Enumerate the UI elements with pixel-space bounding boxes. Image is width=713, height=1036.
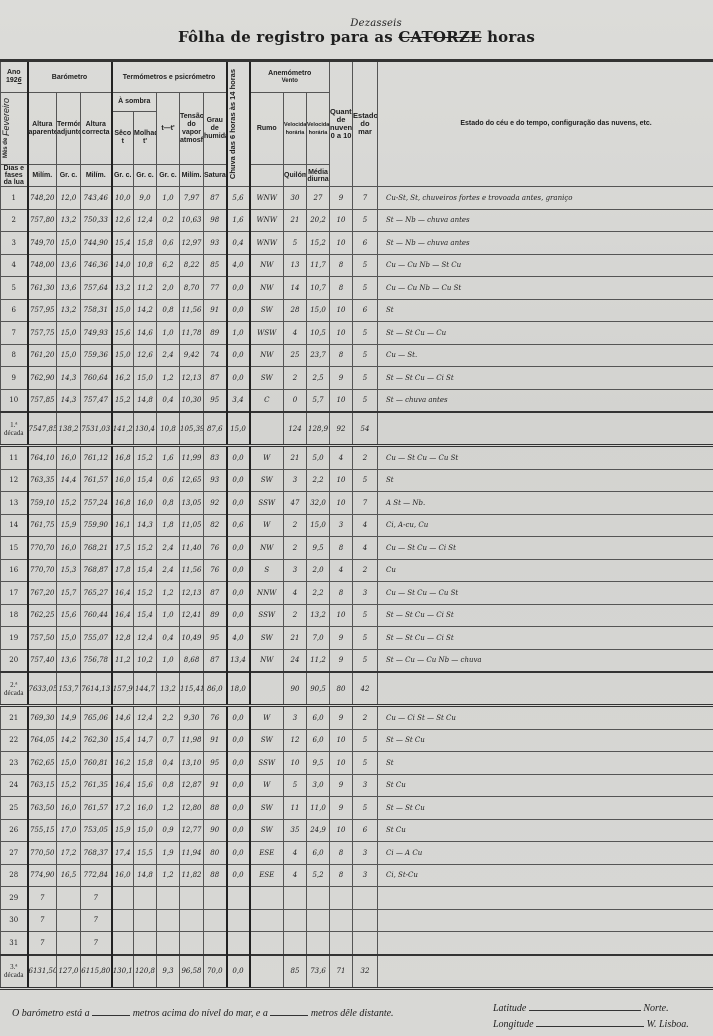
cell-nuvens: 9 xyxy=(330,627,353,650)
cell-grau: 88 xyxy=(204,864,227,887)
cell-alt-ap: 764,05 xyxy=(28,729,57,752)
remarks-cell: Cu — St Cu — Ci St xyxy=(378,537,713,560)
cell-mar xyxy=(353,932,378,955)
vel-header: Velocidade horária xyxy=(284,93,307,165)
cell-mar: 5 xyxy=(353,797,378,820)
cell-media: 5,0 xyxy=(307,446,330,470)
cell-alt-corr: 7614,13 xyxy=(81,672,112,706)
cell-alt-corr: 6115,80 xyxy=(81,955,112,989)
remarks-cell: St — St Cu — Ci St xyxy=(378,367,713,390)
cell-media: 13,2 xyxy=(307,604,330,627)
struck-word: CATORZE xyxy=(398,28,481,46)
cell-nuvens xyxy=(330,932,353,955)
cell-mar: 6 xyxy=(353,819,378,842)
molhado-header: Molhado t' xyxy=(134,112,157,165)
cell-term: 138,2 xyxy=(57,412,81,446)
longitude-blank xyxy=(536,1026,644,1027)
unit: Gr. c. xyxy=(57,165,81,187)
table-row: 19757,5015,0755,0712,812,40,410,49954,0S… xyxy=(1,627,713,650)
cell-chuva: 0,0 xyxy=(227,582,250,605)
cell-molh: 14,3 xyxy=(134,514,157,537)
cell-nuvens: 71 xyxy=(330,955,353,989)
cell-alt-ap: 770,70 xyxy=(28,537,57,560)
media-header: Velocidade horária xyxy=(307,93,330,165)
cell-rumo xyxy=(250,412,284,446)
cell-term: 16,5 xyxy=(57,864,81,887)
cell-molh: 15,6 xyxy=(134,774,157,797)
cell-alt-corr: 759,90 xyxy=(81,514,112,537)
table-row: 10757,8514,3757,4715,214,80,410,30953,4C… xyxy=(1,389,713,412)
barometer-note: O barómetro está a metros acima do nível… xyxy=(12,1008,394,1019)
cell-seco: 15,6 xyxy=(112,322,134,345)
cell-alt-ap: 769,30 xyxy=(28,706,57,730)
cell-nuvens: 9 xyxy=(330,367,353,390)
cell-media: 20,2 xyxy=(307,209,330,232)
cell-molh: 15,4 xyxy=(134,469,157,492)
cell-mar: 5 xyxy=(353,469,378,492)
cell-grau: 82 xyxy=(204,514,227,537)
cell-alt-corr: 757,24 xyxy=(81,492,112,515)
remarks-cell: St — St Cu xyxy=(378,729,713,752)
cell-molh: 15,0 xyxy=(134,367,157,390)
cell-chuva xyxy=(227,932,250,955)
cell-seco: 16,0 xyxy=(112,864,134,887)
cell-alt-corr: 743,46 xyxy=(81,187,112,210)
cell-grau: 87 xyxy=(204,187,227,210)
cell-media: 11,2 xyxy=(307,649,330,672)
cell-media: 15,0 xyxy=(307,514,330,537)
table-row: 21769,3014,9765,0614,612,42,29,30760,0W3… xyxy=(1,706,713,730)
cell-grau: 86,0 xyxy=(204,672,227,706)
cell-alt-corr: 761,35 xyxy=(81,774,112,797)
cell-molh: 15,4 xyxy=(134,604,157,627)
cell-seco: 16,4 xyxy=(112,774,134,797)
cell-vel: 2 xyxy=(284,537,307,560)
cell-tensao: 11,05 xyxy=(180,514,204,537)
cell-molh: 120,8 xyxy=(134,955,157,989)
cell-tensao: 12,80 xyxy=(180,797,204,820)
cell-mar: 4 xyxy=(353,514,378,537)
cell-seco: 13,2 xyxy=(112,277,134,300)
cell-vel: 47 xyxy=(284,492,307,515)
cell-grau: 87 xyxy=(204,649,227,672)
cell-seco: 14,0 xyxy=(112,254,134,277)
cell-nuvens: 9 xyxy=(330,797,353,820)
cell-alt-corr: 755,07 xyxy=(81,627,112,650)
cell-vel: 4 xyxy=(284,842,307,865)
day-number: 7 xyxy=(1,322,28,345)
table-row: 3077 xyxy=(1,909,713,932)
cell-seco: 15,9 xyxy=(112,819,134,842)
cell-vel: 2 xyxy=(284,514,307,537)
cell-rumo: SW xyxy=(250,299,284,322)
cell-chuva: 3,4 xyxy=(227,389,250,412)
cell-seco: 16,1 xyxy=(112,514,134,537)
cell-rumo: WNW xyxy=(250,232,284,255)
cell-media: 7,0 xyxy=(307,627,330,650)
table-row: 23762,6515,0760,8116,215,80,413,10950,0S… xyxy=(1,752,713,775)
cell-term: 15,9 xyxy=(57,514,81,537)
cell-molh: 15,2 xyxy=(134,446,157,470)
cell-vel: 4 xyxy=(284,322,307,345)
cell-alt-ap: 6131,50 xyxy=(28,955,57,989)
cell-seco: 16,4 xyxy=(112,604,134,627)
cell-alt-ap: 770,50 xyxy=(28,842,57,865)
remarks-cell: St Cu xyxy=(378,819,713,842)
cell-seco: 15,0 xyxy=(112,344,134,367)
cell-term: 17,2 xyxy=(57,842,81,865)
month-header: Mês de Fevereiro xyxy=(1,93,28,165)
remarks-cell: St — Nb — chuva antes xyxy=(378,232,713,255)
day-number: 1 xyxy=(1,187,28,210)
cell-vel: 14 xyxy=(284,277,307,300)
cell-nuvens: 10 xyxy=(330,232,353,255)
cell-nuvens: 80 xyxy=(330,672,353,706)
cell-media: 11,0 xyxy=(307,797,330,820)
cell-alt-ap: 7633,05 xyxy=(28,672,57,706)
cell-alt-corr: 772,84 xyxy=(81,864,112,887)
unit: Milím. xyxy=(180,165,204,187)
register-sheet: Fôlha de registro para as Dezasseis CATO… xyxy=(0,0,713,1036)
cell-media xyxy=(307,932,330,955)
cell-term: 14,9 xyxy=(57,706,81,730)
cell-mar: 6 xyxy=(353,299,378,322)
cell-vel xyxy=(284,909,307,932)
cell-seco: 15,4 xyxy=(112,729,134,752)
cell-media: 73,6 xyxy=(307,955,330,989)
cell-media: 2,0 xyxy=(307,559,330,582)
cell-vel: 10 xyxy=(284,752,307,775)
cell-diff: 1,0 xyxy=(157,322,180,345)
cell-tensao: 12,41 xyxy=(180,604,204,627)
remarks-cell: Ci — A Cu xyxy=(378,842,713,865)
cell-nuvens: 3 xyxy=(330,514,353,537)
cell-alt-corr: 760,44 xyxy=(81,604,112,627)
day-number: 15 xyxy=(1,537,28,560)
cell-alt-ap: 7 xyxy=(28,909,57,932)
cell-chuva: 0,0 xyxy=(227,344,250,367)
cell-vel: 5 xyxy=(284,232,307,255)
cell-media: 24,9 xyxy=(307,819,330,842)
cell-term: 13,2 xyxy=(57,209,81,232)
remarks-cell: Cu — St. xyxy=(378,344,713,367)
cell-molh: 15,8 xyxy=(134,752,157,775)
cell-term: 15,2 xyxy=(57,492,81,515)
cell-nuvens: 8 xyxy=(330,254,353,277)
cell-mar: 3 xyxy=(353,842,378,865)
cell-rumo: SW xyxy=(250,367,284,390)
cell-grau: 87 xyxy=(204,582,227,605)
cell-alt-corr: 768,21 xyxy=(81,537,112,560)
cell-term: 15,6 xyxy=(57,604,81,627)
cell-grau: 76 xyxy=(204,559,227,582)
cell-term: 14,4 xyxy=(57,469,81,492)
cell-mar: 5 xyxy=(353,649,378,672)
table-row: 28774,9016,5772,8416,014,81,211,82880,0E… xyxy=(1,864,713,887)
cell-term: 16,0 xyxy=(57,446,81,470)
cell-media xyxy=(307,909,330,932)
cell-media: 90,5 xyxy=(307,672,330,706)
cell-diff: 10,8 xyxy=(157,412,180,446)
cell-diff: 0,9 xyxy=(157,819,180,842)
cell-diff: 6,2 xyxy=(157,254,180,277)
cell-diff: 0,6 xyxy=(157,232,180,255)
cell-rumo: W xyxy=(250,774,284,797)
cell-molh: 12,4 xyxy=(134,706,157,730)
cell-rumo: WSW xyxy=(250,322,284,345)
cell-diff: 0,6 xyxy=(157,469,180,492)
table-row: 17767,2015,7765,2716,415,21,212,13870,0N… xyxy=(1,582,713,605)
cell-grau: 76 xyxy=(204,537,227,560)
cell-rumo: NW xyxy=(250,277,284,300)
cell-vel: 24 xyxy=(284,649,307,672)
cell-alt-corr: 756,78 xyxy=(81,649,112,672)
cell-vel: 35 xyxy=(284,819,307,842)
cell-mar: 5 xyxy=(353,389,378,412)
day-number: 12 xyxy=(1,469,28,492)
cell-tensao: 11,78 xyxy=(180,322,204,345)
cell-vel: 124 xyxy=(284,412,307,446)
cell-molh: 15,8 xyxy=(134,232,157,255)
cell-media: 2,2 xyxy=(307,582,330,605)
cell-alt-ap: 748,20 xyxy=(28,187,57,210)
cell-alt-corr: 760,81 xyxy=(81,752,112,775)
cell-rumo: SSW xyxy=(250,492,284,515)
register-body: 1748,2012,0743,4610,09,01,07,97875,6WNW3… xyxy=(1,187,713,989)
cell-mar: 2 xyxy=(353,706,378,730)
cell-chuva: 4,0 xyxy=(227,254,250,277)
table-row: 5761,3013,6757,6413,211,22,08,70770,0NW1… xyxy=(1,277,713,300)
cell-mar: 4 xyxy=(353,537,378,560)
cell-term: 14,3 xyxy=(57,367,81,390)
cell-diff: 0,4 xyxy=(157,752,180,775)
cell-vel: 4 xyxy=(284,582,307,605)
cell-alt-ap: 757,40 xyxy=(28,649,57,672)
cell-molh: 14,6 xyxy=(134,322,157,345)
cell-media: 5,7 xyxy=(307,389,330,412)
day-number: 31 xyxy=(1,932,28,955)
cell-nuvens: 8 xyxy=(330,277,353,300)
cell-alt-corr: 768,87 xyxy=(81,559,112,582)
cell-rumo: SW xyxy=(250,627,284,650)
cell-alt-ap: 770,70 xyxy=(28,559,57,582)
cell-chuva: 0,0 xyxy=(227,797,250,820)
cell-molh: 15,5 xyxy=(134,842,157,865)
cell-diff: 0,7 xyxy=(157,729,180,752)
cell-term: 13,6 xyxy=(57,277,81,300)
cell-vel: 30 xyxy=(284,187,307,210)
cell-alt-ap: 767,20 xyxy=(28,582,57,605)
day-number: 13 xyxy=(1,492,28,515)
rumo-header: Rumo xyxy=(250,93,284,165)
cell-vel: 3 xyxy=(284,706,307,730)
cell-alt-ap: 757,50 xyxy=(28,627,57,650)
remarks-cell: St xyxy=(378,752,713,775)
cell-molh: 130,4 xyxy=(134,412,157,446)
cell-term: 15,0 xyxy=(57,627,81,650)
cell-term: 12,0 xyxy=(57,187,81,210)
cell-chuva: 0,0 xyxy=(227,604,250,627)
cell-diff xyxy=(157,887,180,910)
decade-summary-row: 3.ª década6131,50127,06115,80130,1120,89… xyxy=(1,955,713,989)
cell-mar: 7 xyxy=(353,187,378,210)
day-number: 2 xyxy=(1,209,28,232)
diff-header: t—t' xyxy=(157,93,180,165)
cell-alt-ap: 755,15 xyxy=(28,819,57,842)
cell-vel: 3 xyxy=(284,559,307,582)
cell-grau xyxy=(204,909,227,932)
cell-alt-corr: 757,47 xyxy=(81,389,112,412)
cell-vel xyxy=(284,932,307,955)
remarks-cell xyxy=(378,672,713,706)
cell-alt-ap: 762,90 xyxy=(28,367,57,390)
table-row: 14761,7515,9759,9016,114,31,811,05820,6W… xyxy=(1,514,713,537)
cell-chuva: 1,6 xyxy=(227,209,250,232)
cell-molh: 16,0 xyxy=(134,797,157,820)
table-row: 12763,3514,4761,5716,015,40,612,65930,0S… xyxy=(1,469,713,492)
cell-alt-corr: 761,57 xyxy=(81,469,112,492)
remarks-cell: St — St Cu — Ci St xyxy=(378,604,713,627)
cell-term: 16,0 xyxy=(57,797,81,820)
cell-molh xyxy=(134,909,157,932)
cell-chuva: 0,0 xyxy=(227,729,250,752)
cell-term: 153,7 xyxy=(57,672,81,706)
cell-grau: 90 xyxy=(204,819,227,842)
cell-vel: 21 xyxy=(284,209,307,232)
table-row: 15770,7016,0768,2117,515,22,411,40760,0N… xyxy=(1,537,713,560)
thermometers-header: Termómetros e psicrómetro xyxy=(112,61,227,93)
cell-media: 128,9 xyxy=(307,412,330,446)
remarks-cell xyxy=(378,412,713,446)
cell-tensao: 8,68 xyxy=(180,649,204,672)
cell-molh: 11,2 xyxy=(134,277,157,300)
cell-rumo: NW xyxy=(250,537,284,560)
cell-media: 2,2 xyxy=(307,469,330,492)
cell-diff: 0,8 xyxy=(157,774,180,797)
decade-label: 3.ª década xyxy=(1,955,28,989)
table-row: 11764,1016,0761,1216,815,21,611,99830,0W… xyxy=(1,446,713,470)
cell-diff: 2,4 xyxy=(157,559,180,582)
cell-mar: 42 xyxy=(353,672,378,706)
cell-term: 14,2 xyxy=(57,729,81,752)
day-number: 29 xyxy=(1,887,28,910)
cell-alt-corr: 762,30 xyxy=(81,729,112,752)
cell-diff: 2,2 xyxy=(157,706,180,730)
cell-molh: 14,8 xyxy=(134,864,157,887)
cell-alt-ap: 759,10 xyxy=(28,492,57,515)
cell-mar: 5 xyxy=(353,322,378,345)
cell-tensao: 10,30 xyxy=(180,389,204,412)
cell-seco: 141,2 xyxy=(112,412,134,446)
cell-chuva: 0,0 xyxy=(227,559,250,582)
cell-grau: 95 xyxy=(204,389,227,412)
cell-rumo: S xyxy=(250,559,284,582)
cell-tensao: 7,97 xyxy=(180,187,204,210)
table-row: 2977 xyxy=(1,887,713,910)
cell-rumo: NNW xyxy=(250,582,284,605)
remarks-cell: Cu — St Cu — Cu St xyxy=(378,446,713,470)
cell-alt-corr: 7 xyxy=(81,887,112,910)
remarks-cell: St — Cu — Cu Nb — chuva xyxy=(378,649,713,672)
remarks-cell: St — chuva antes xyxy=(378,389,713,412)
cell-nuvens: 9 xyxy=(330,649,353,672)
cell-term xyxy=(57,932,81,955)
cell-nuvens: 10 xyxy=(330,389,353,412)
cell-rumo: SW xyxy=(250,729,284,752)
cell-chuva: 0,0 xyxy=(227,469,250,492)
cell-nuvens: 8 xyxy=(330,344,353,367)
cell-molh: 12,6 xyxy=(134,344,157,367)
cell-grau: 91 xyxy=(204,729,227,752)
cell-rumo: NW xyxy=(250,344,284,367)
cell-diff: 1,0 xyxy=(157,604,180,627)
table-row: 27770,5017,2768,3717,415,51,911,94800,0E… xyxy=(1,842,713,865)
cell-chuva: 0,0 xyxy=(227,864,250,887)
cell-rumo: ESE xyxy=(250,864,284,887)
remarks-cell xyxy=(378,932,713,955)
cell-vel: 0 xyxy=(284,389,307,412)
day-number: 18 xyxy=(1,604,28,627)
cell-media: 6,0 xyxy=(307,706,330,730)
cell-seco: 17,8 xyxy=(112,559,134,582)
cell-mar: 3 xyxy=(353,864,378,887)
cell-seco: 10,0 xyxy=(112,187,134,210)
cell-rumo: SW xyxy=(250,819,284,842)
cell-nuvens: 8 xyxy=(330,864,353,887)
cell-tensao: 9,42 xyxy=(180,344,204,367)
cell-rumo xyxy=(250,672,284,706)
cell-alt-corr: 7 xyxy=(81,932,112,955)
cell-chuva: 0,0 xyxy=(227,774,250,797)
remarks-cell: Ci, A-cu, Cu xyxy=(378,514,713,537)
table-row: 13759,1015,2757,2416,816,00,813,05920,0S… xyxy=(1,492,713,515)
day-number: 16 xyxy=(1,559,28,582)
cell-molh xyxy=(134,887,157,910)
cell-seco: 17,4 xyxy=(112,842,134,865)
cell-molh: 9,0 xyxy=(134,187,157,210)
cell-vel xyxy=(284,887,307,910)
alt-correcta-header: Altura correcta xyxy=(81,93,112,165)
cell-mar: 32 xyxy=(353,955,378,989)
cell-media: 6,0 xyxy=(307,729,330,752)
remarks-cell: Ci, St-Cu xyxy=(378,864,713,887)
cell-alt-corr: 765,06 xyxy=(81,706,112,730)
cell-mar: 2 xyxy=(353,446,378,470)
cell-term: 15,0 xyxy=(57,344,81,367)
cell-alt-corr: 749,93 xyxy=(81,322,112,345)
cell-nuvens: 8 xyxy=(330,582,353,605)
cell-mar: 5 xyxy=(353,254,378,277)
cell-mar: 2 xyxy=(353,559,378,582)
decade-summary-row: 2.ª década7633,05153,77614,13157,9144,71… xyxy=(1,672,713,706)
cell-molh xyxy=(134,932,157,955)
cell-seco: 130,1 xyxy=(112,955,134,989)
cell-diff: 0,4 xyxy=(157,389,180,412)
cell-rumo: NW xyxy=(250,254,284,277)
cell-media: 10,5 xyxy=(307,322,330,345)
cell-diff: 9,3 xyxy=(157,955,180,989)
cell-grau: 93 xyxy=(204,232,227,255)
longitude-line: Longitude W. Lisboa. xyxy=(493,1019,689,1030)
cell-alt-corr: 7531,03 xyxy=(81,412,112,446)
cell-media: 6,0 xyxy=(307,842,330,865)
cell-grau: 85 xyxy=(204,254,227,277)
day-number: 21 xyxy=(1,706,28,730)
table-row: 3177 xyxy=(1,932,713,955)
cell-alt-corr: 746,36 xyxy=(81,254,112,277)
cell-tensao: 96,58 xyxy=(180,955,204,989)
cell-media: 23,7 xyxy=(307,344,330,367)
